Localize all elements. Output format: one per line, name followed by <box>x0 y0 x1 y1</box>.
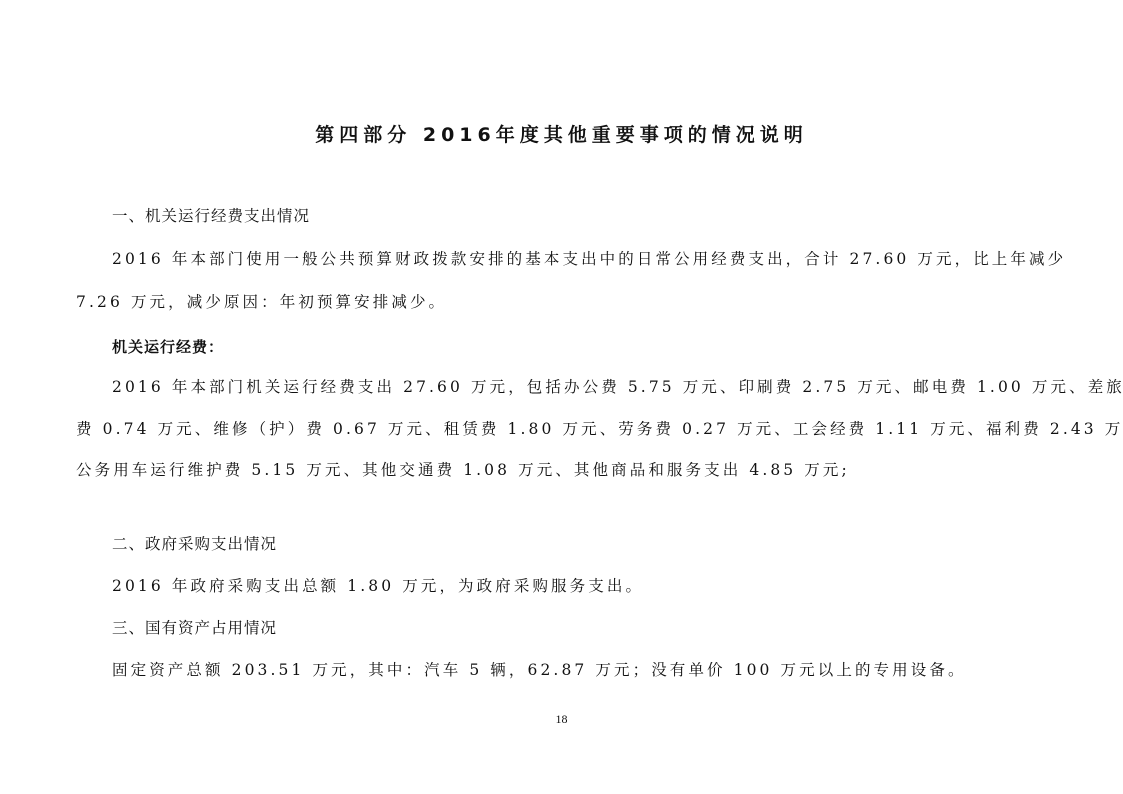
paragraph-line: 2016 年政府采购支出总额 1.80 万元，为政府采购服务支出。 <box>112 576 1092 596</box>
section-heading-2: 二、政府采购支出情况 <box>112 534 1092 554</box>
subheading: 机关运行经费： <box>112 337 1092 357</box>
paragraph-line: 2016 年本部门机关运行经费支出 27.60 万元，包括办公费 5.75 万元… <box>112 377 1092 397</box>
paragraph-line: 公务用车运行维护费 5.15 万元、其他交通费 1.08 万元、其他商品和服务支… <box>76 460 1056 480</box>
paragraph-line: 2016 年本部门使用一般公共预算财政拨款安排的基本支出中的日常公用经费支出，合… <box>112 249 1092 269</box>
section-heading-3: 三、国有资产占用情况 <box>112 618 1092 638</box>
section-heading-1: 一、机关运行经费支出情况 <box>112 206 1092 226</box>
page-title: 第四部分 2016年度其他重要事项的情况说明 <box>0 120 1123 147</box>
paragraph-line: 费 0.74 万元、维修（护）费 0.67 万元、租赁费 1.80 万元、劳务费… <box>76 419 1056 439</box>
paragraph-line: 7.26 万元，减少原因：年初预算安排减少。 <box>76 292 1056 312</box>
paragraph-line: 固定资产总额 203.51 万元，其中：汽车 5 辆，62.87 万元；没有单价… <box>112 660 1092 680</box>
page-number: 18 <box>0 712 1123 727</box>
